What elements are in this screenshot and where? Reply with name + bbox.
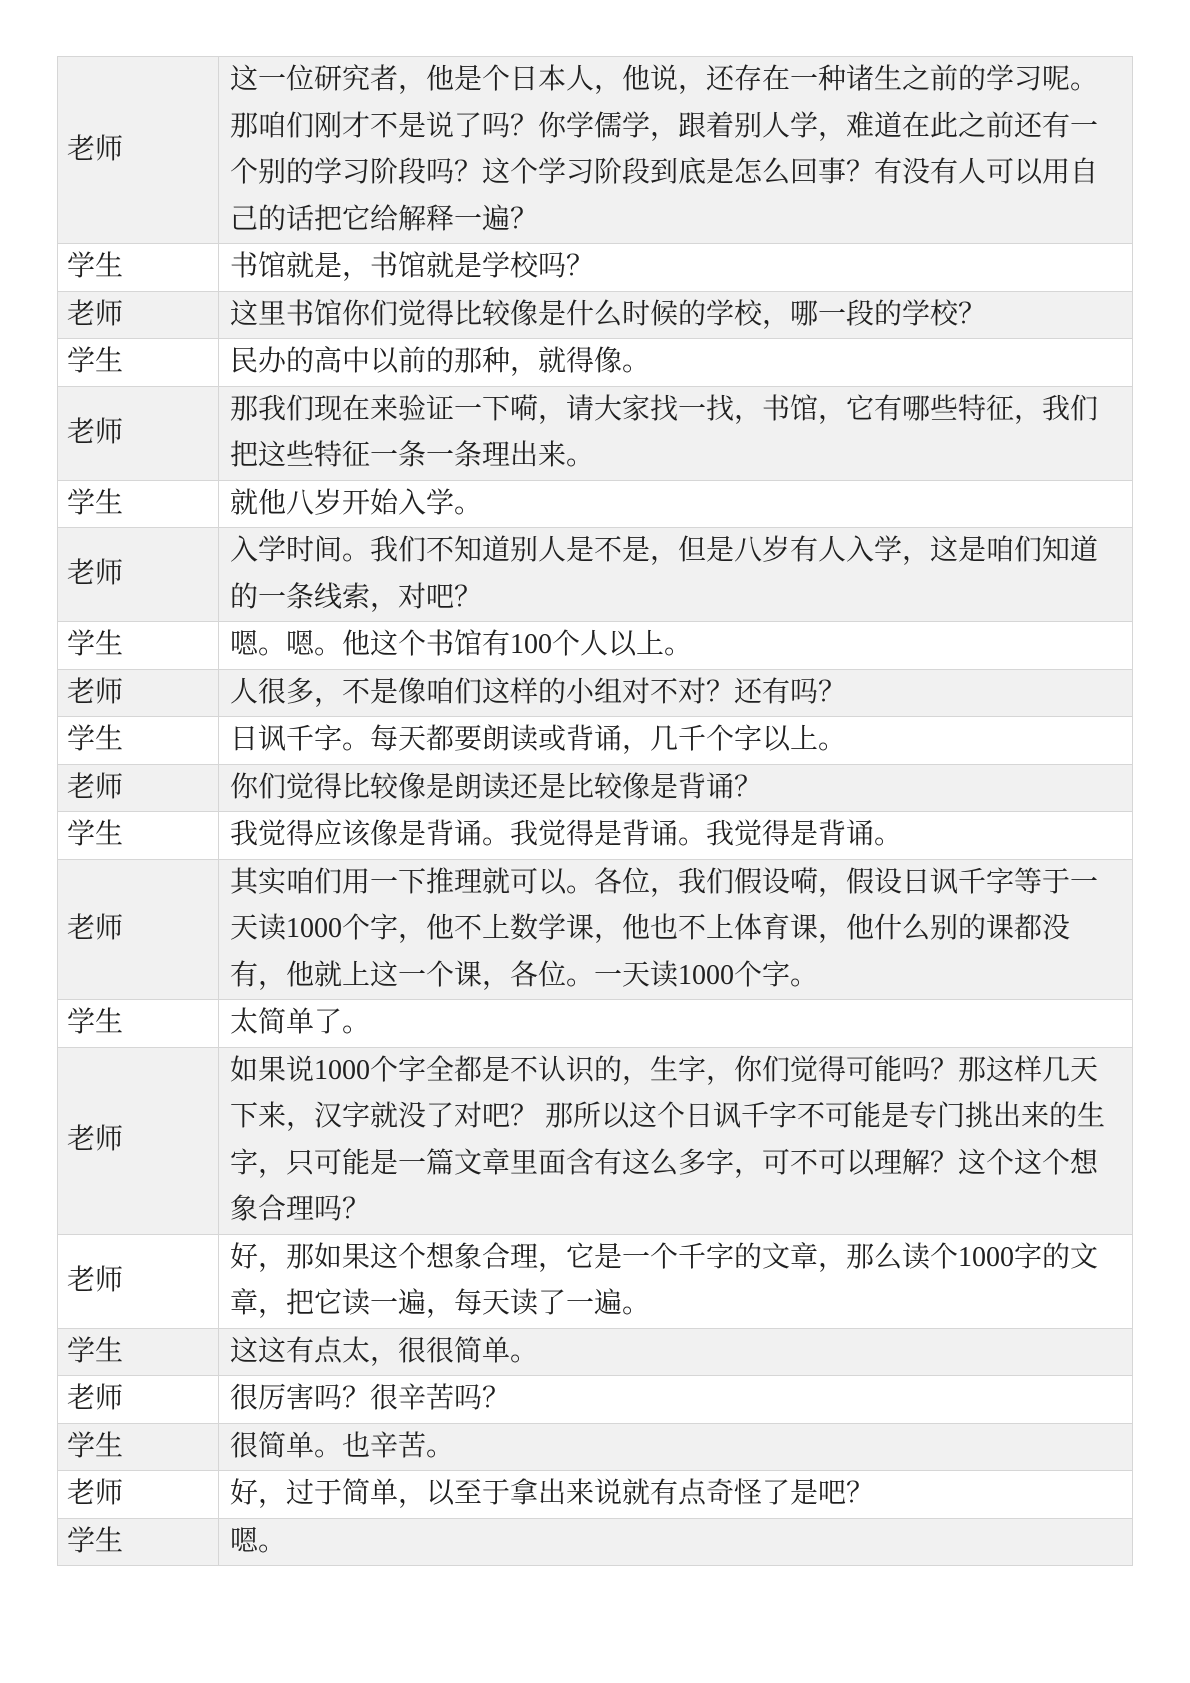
speaker-cell: 老师 bbox=[58, 386, 219, 480]
dialogue-cell: 这里书馆你们觉得比较像是什么时候的学校，哪一段的学校？ bbox=[219, 291, 1133, 339]
dialogue-cell: 嗯。 bbox=[219, 1518, 1133, 1566]
speaker-cell: 学生 bbox=[58, 244, 219, 292]
dialogue-cell: 我觉得应该像是背诵。我觉得是背诵。我觉得是背诵。 bbox=[219, 812, 1133, 860]
table-row: 老师如果说1000个字全都是不认识的，生字，你们觉得可能吗？那这样几天下来，汉字… bbox=[58, 1047, 1133, 1234]
dialogue-cell: 人很多，不是像咱们这样的小组对不对？还有吗？ bbox=[219, 669, 1133, 717]
table-row: 老师入学时间。我们不知道别人是不是，但是八岁有人入学，这是咱们知道的一条线索，对… bbox=[58, 528, 1133, 622]
table-row: 老师好，过于简单，以至于拿出来说就有点奇怪了是吧？ bbox=[58, 1471, 1133, 1519]
speaker-cell: 老师 bbox=[58, 859, 219, 1000]
dialogue-cell: 入学时间。我们不知道别人是不是，但是八岁有人入学，这是咱们知道的一条线索，对吧？ bbox=[219, 528, 1133, 622]
speaker-cell: 老师 bbox=[58, 1047, 219, 1234]
speaker-cell: 老师 bbox=[58, 764, 219, 812]
dialogue-cell: 日讽千字。每天都要朗读或背诵，几千个字以上。 bbox=[219, 717, 1133, 765]
transcript-page: 老师这一位研究者，他是个日本人，他说，还存在一种诸生之前的学习呢。那咱们刚才不是… bbox=[0, 0, 1190, 1683]
table-row: 学生很简单。也辛苦。 bbox=[58, 1423, 1133, 1471]
dialogue-cell: 好，那如果这个想象合理，它是一个千字的文章，那么读个1000字的文章，把它读一遍… bbox=[219, 1234, 1133, 1328]
table-row: 老师这里书馆你们觉得比较像是什么时候的学校，哪一段的学校？ bbox=[58, 291, 1133, 339]
table-row: 学生我觉得应该像是背诵。我觉得是背诵。我觉得是背诵。 bbox=[58, 812, 1133, 860]
table-row: 老师那我们现在来验证一下嗬，请大家找一找，书馆，它有哪些特征，我们把这些特征一条… bbox=[58, 386, 1133, 480]
dialogue-table-body: 老师这一位研究者，他是个日本人，他说，还存在一种诸生之前的学习呢。那咱们刚才不是… bbox=[58, 57, 1133, 1566]
dialogue-cell: 这这有点太，很很简单。 bbox=[219, 1328, 1133, 1376]
dialogue-cell: 这一位研究者，他是个日本人，他说，还存在一种诸生之前的学习呢。那咱们刚才不是说了… bbox=[219, 57, 1133, 244]
dialogue-cell: 太简单了。 bbox=[219, 1000, 1133, 1048]
speaker-cell: 学生 bbox=[58, 1423, 219, 1471]
dialogue-cell: 民办的高中以前的那种，就得像。 bbox=[219, 339, 1133, 387]
speaker-cell: 老师 bbox=[58, 528, 219, 622]
dialogue-cell: 你们觉得比较像是朗读还是比较像是背诵？ bbox=[219, 764, 1133, 812]
table-row: 学生太简单了。 bbox=[58, 1000, 1133, 1048]
dialogue-cell: 书馆就是，书馆就是学校吗？ bbox=[219, 244, 1133, 292]
table-row: 老师很厉害吗？很辛苦吗？ bbox=[58, 1376, 1133, 1424]
table-row: 学生民办的高中以前的那种，就得像。 bbox=[58, 339, 1133, 387]
speaker-cell: 学生 bbox=[58, 717, 219, 765]
speaker-cell: 老师 bbox=[58, 1471, 219, 1519]
speaker-cell: 老师 bbox=[58, 1234, 219, 1328]
dialogue-cell: 那我们现在来验证一下嗬，请大家找一找，书馆，它有哪些特征，我们把这些特征一条一条… bbox=[219, 386, 1133, 480]
table-row: 学生日讽千字。每天都要朗读或背诵，几千个字以上。 bbox=[58, 717, 1133, 765]
speaker-cell: 老师 bbox=[58, 291, 219, 339]
table-row: 老师你们觉得比较像是朗读还是比较像是背诵？ bbox=[58, 764, 1133, 812]
table-row: 老师人很多，不是像咱们这样的小组对不对？还有吗？ bbox=[58, 669, 1133, 717]
speaker-cell: 学生 bbox=[58, 1328, 219, 1376]
speaker-cell: 老师 bbox=[58, 1376, 219, 1424]
speaker-cell: 学生 bbox=[58, 1518, 219, 1566]
speaker-cell: 老师 bbox=[58, 669, 219, 717]
dialogue-cell: 如果说1000个字全都是不认识的，生字，你们觉得可能吗？那这样几天下来，汉字就没… bbox=[219, 1047, 1133, 1234]
speaker-cell: 学生 bbox=[58, 339, 219, 387]
speaker-cell: 学生 bbox=[58, 1000, 219, 1048]
dialogue-table: 老师这一位研究者，他是个日本人，他说，还存在一种诸生之前的学习呢。那咱们刚才不是… bbox=[57, 56, 1133, 1566]
table-row: 老师好，那如果这个想象合理，它是一个千字的文章，那么读个1000字的文章，把它读… bbox=[58, 1234, 1133, 1328]
speaker-cell: 学生 bbox=[58, 480, 219, 528]
table-row: 学生书馆就是，书馆就是学校吗？ bbox=[58, 244, 1133, 292]
table-row: 学生嗯。 bbox=[58, 1518, 1133, 1566]
table-row: 学生嗯。嗯。他这个书馆有100个人以上。 bbox=[58, 622, 1133, 670]
speaker-cell: 学生 bbox=[58, 812, 219, 860]
dialogue-cell: 很厉害吗？很辛苦吗？ bbox=[219, 1376, 1133, 1424]
dialogue-cell: 好，过于简单，以至于拿出来说就有点奇怪了是吧？ bbox=[219, 1471, 1133, 1519]
speaker-cell: 老师 bbox=[58, 57, 219, 244]
table-row: 学生这这有点太，很很简单。 bbox=[58, 1328, 1133, 1376]
table-row: 老师其实咱们用一下推理就可以。各位，我们假设嗬，假设日讽千字等于一天读1000个… bbox=[58, 859, 1133, 1000]
speaker-cell: 学生 bbox=[58, 622, 219, 670]
table-row: 老师这一位研究者，他是个日本人，他说，还存在一种诸生之前的学习呢。那咱们刚才不是… bbox=[58, 57, 1133, 244]
table-row: 学生就他八岁开始入学。 bbox=[58, 480, 1133, 528]
dialogue-cell: 嗯。嗯。他这个书馆有100个人以上。 bbox=[219, 622, 1133, 670]
dialogue-cell: 很简单。也辛苦。 bbox=[219, 1423, 1133, 1471]
dialogue-cell: 其实咱们用一下推理就可以。各位，我们假设嗬，假设日讽千字等于一天读1000个字，… bbox=[219, 859, 1133, 1000]
dialogue-cell: 就他八岁开始入学。 bbox=[219, 480, 1133, 528]
